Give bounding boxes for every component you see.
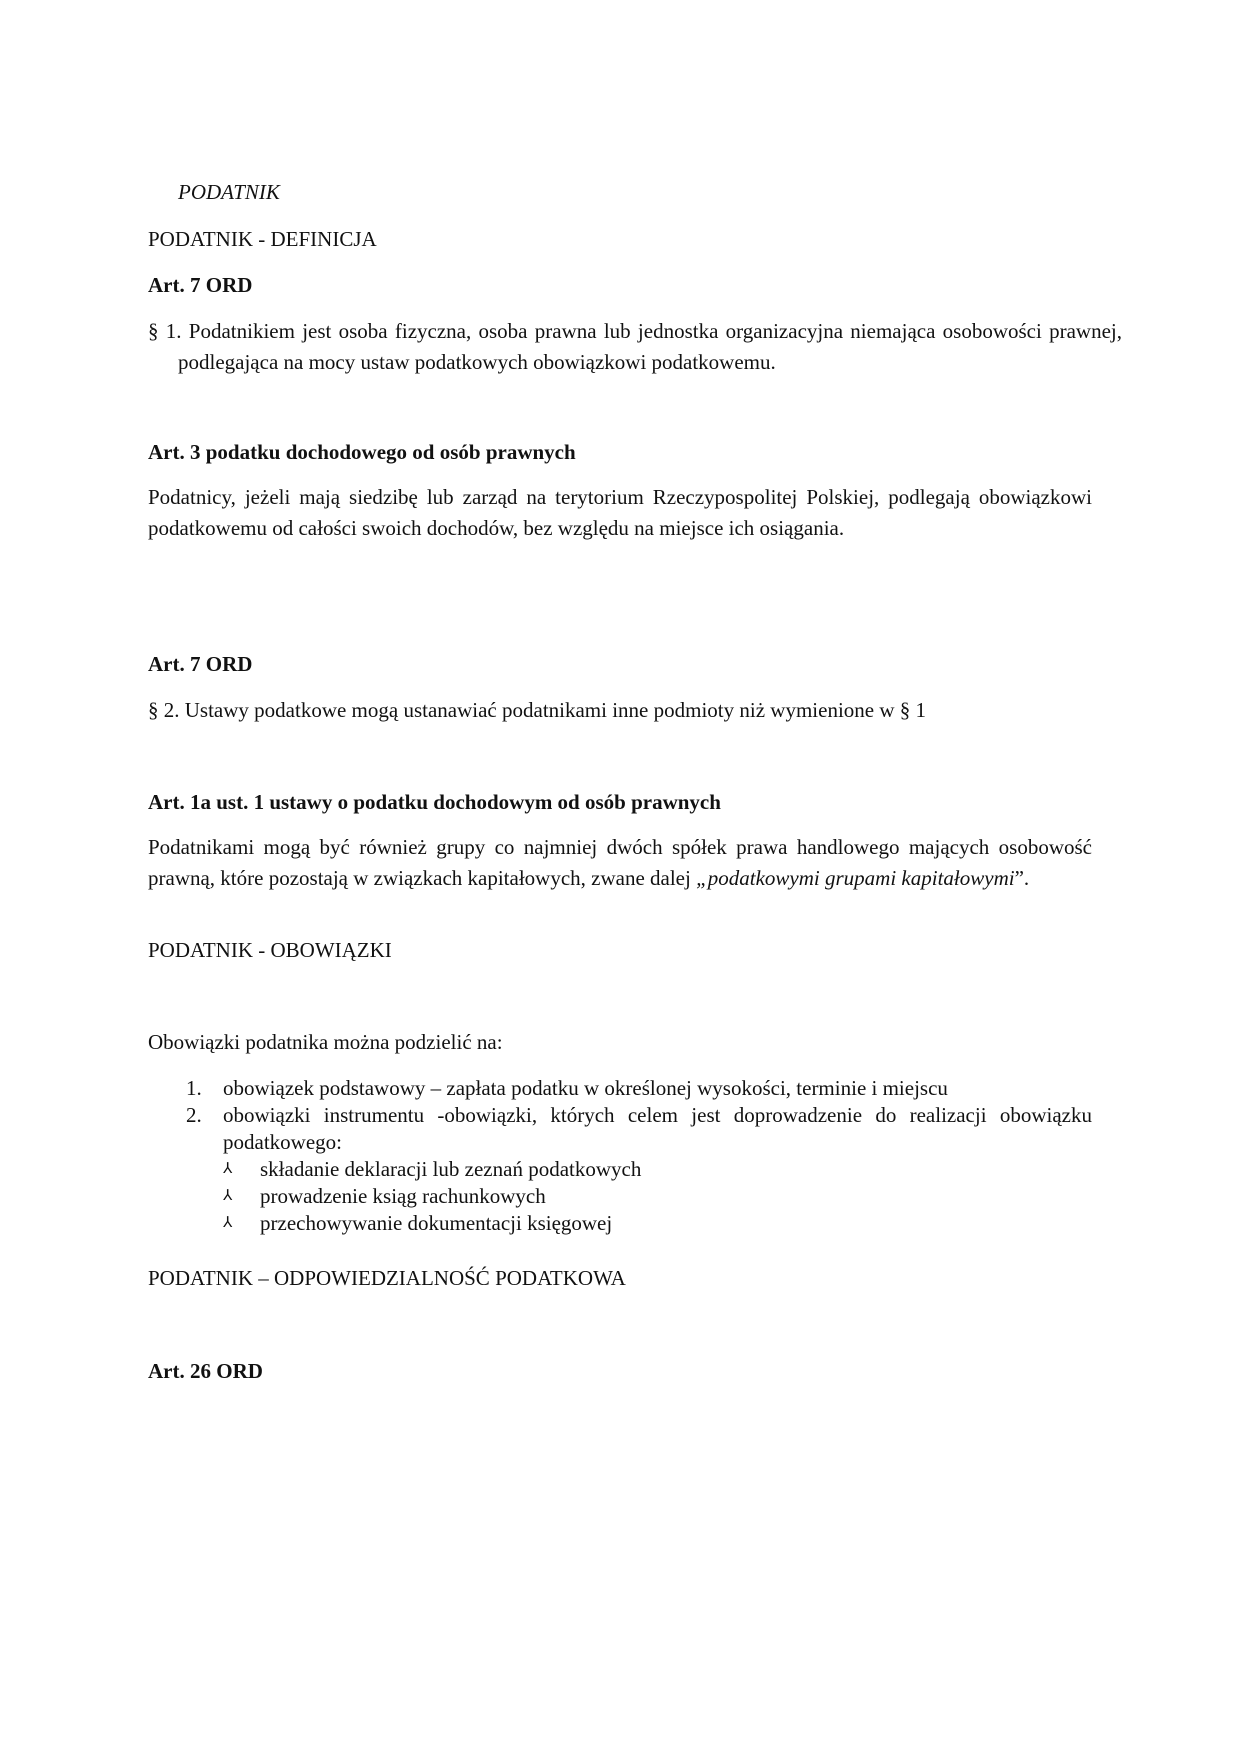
list-item-text: przechowywanie dokumentacji księgowej — [260, 1211, 612, 1235]
list-item: 2. obowiązki instrumentu -obowiązki, któ… — [148, 1102, 1092, 1237]
section-heading-definition: PODATNIK - DEFINICJA — [148, 224, 1092, 255]
list-item-text: prowadzenie ksiąg rachunkowych — [260, 1184, 546, 1208]
article-heading: Art. 26 ORD — [148, 1356, 1092, 1387]
list-item: ⅄prowadzenie ksiąg rachunkowych — [223, 1183, 1092, 1210]
obligations-intro: Obowiązki podatnika można podzielić na: — [148, 1027, 1092, 1058]
article-heading: Art. 7 ORD — [148, 649, 1092, 680]
section-heading-liability: PODATNIK – ODPOWIEDZIALNOŚĆ PODATKOWA — [148, 1263, 1092, 1294]
list-item-text: obowiązek podstawowy – zapłata podatku w… — [223, 1076, 948, 1100]
document-title: PODATNIK — [178, 177, 1122, 208]
sub-obligations-list: ⅄składanie deklaracji lub zeznań podatko… — [223, 1156, 1092, 1237]
art1a-italic-term: „podatkowymi grupami kapitałowymi — [696, 866, 1015, 890]
bullet-icon: ⅄ — [223, 1156, 232, 1183]
paragraph-art3: Podatnicy, jeżeli mają siedzibę lub zarz… — [148, 482, 1092, 544]
list-item-text: obowiązki instrumentu -obowiązki, któryc… — [223, 1103, 1092, 1154]
bullet-icon: ⅄ — [223, 1210, 232, 1237]
list-item: ⅄składanie deklaracji lub zeznań podatko… — [223, 1156, 1092, 1183]
list-item: 1. obowiązek podstawowy – zapłata podatk… — [148, 1075, 1092, 1102]
document-page: PODATNIK PODATNIK - DEFINICJA Art. 7 ORD… — [0, 0, 1240, 1754]
list-item: ⅄przechowywanie dokumentacji księgowej — [223, 1210, 1092, 1237]
list-item-text: składanie deklaracji lub zeznań podatkow… — [260, 1157, 641, 1181]
bullet-icon: ⅄ — [223, 1183, 232, 1210]
obligations-list: 1. obowiązek podstawowy – zapłata podatk… — [148, 1075, 1092, 1237]
art1a-text-end: ”. — [1015, 866, 1030, 890]
section-heading-obligations: PODATNIK - OBOWIĄZKI — [148, 935, 1092, 966]
list-number: 1. — [186, 1075, 202, 1102]
paragraph-art7-par1: § 1. Podatnikiem jest osoba fizyczna, os… — [148, 316, 1122, 378]
list-number: 2. — [186, 1102, 202, 1129]
article-heading: Art. 3 podatku dochodowego od osób prawn… — [148, 437, 1092, 468]
paragraph-art1a: Podatnikami mogą być również grupy co na… — [148, 832, 1092, 894]
article-heading: Art. 7 ORD — [148, 270, 1092, 301]
article-heading: Art. 1a ust. 1 ustawy o podatku dochodow… — [148, 787, 1092, 818]
paragraph-art7-par2: § 2. Ustawy podatkowe mogą ustanawiać po… — [148, 695, 1092, 726]
